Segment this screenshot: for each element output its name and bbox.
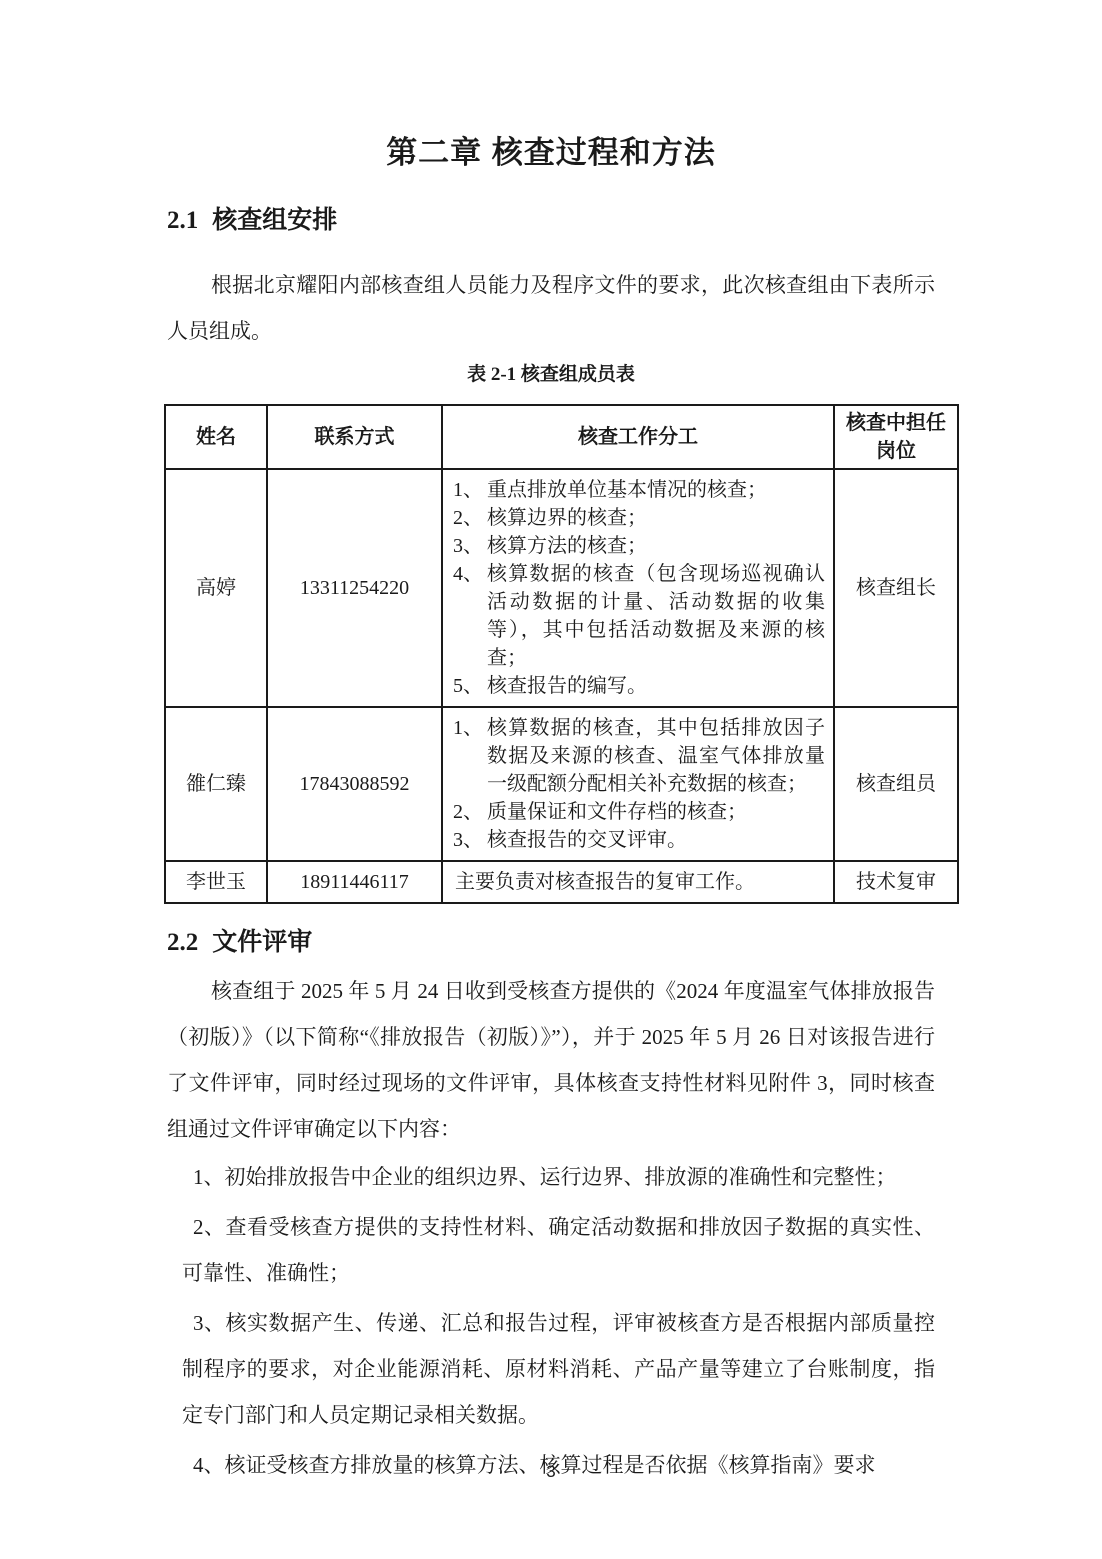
member-row: 雒仁臻178430885921、核算数据的核查，其中包括排放因子数据及来源的核查… (165, 707, 958, 861)
document-page: 第二章 核查过程和方法 2.1核查组安排 根据北京耀阳内部核查组人员能力及程序文… (0, 0, 1102, 1488)
review-item-2: 2、查看受核查方提供的支持性材料、确定活动数据和排放因子数据的真实性、可靠性、准… (167, 1204, 935, 1296)
header-role: 核查中担任岗位 (834, 405, 958, 469)
duty-number: 4、 (453, 560, 487, 672)
duty-text: 核算边界的核查； (487, 504, 825, 532)
member-phone: 17843088592 (267, 707, 442, 861)
member-name: 雒仁臻 (165, 707, 267, 861)
duty-item: 1、重点排放单位基本情况的核查； (453, 476, 825, 504)
duty-number: 1、 (453, 714, 487, 798)
member-row: 李世玉18911446117主要负责对核查报告的复审工作。技术复审 (165, 861, 958, 903)
duty-number: 1、 (453, 476, 487, 504)
duty-text: 核查报告的交叉评审。 (487, 826, 825, 854)
header-name: 姓名 (165, 405, 267, 469)
duty-item: 5、核查报告的编写。 (453, 672, 825, 700)
section-2-2-title: 文件评审 (212, 929, 312, 956)
section-2-2-paragraph: 核查组于 2025 年 5 月 24 日收到受核查方提供的《2024 年度温室气… (167, 968, 935, 1152)
duty-text: 核查报告的编写。 (487, 672, 825, 700)
duty-number: 2、 (453, 798, 487, 826)
duty-number: 3、 (453, 826, 487, 854)
duty-item: 2、质量保证和文件存档的核查； (453, 798, 825, 826)
member-phone: 13311254220 (267, 469, 442, 707)
member-role: 核查组长 (834, 469, 958, 707)
duty-text: 主要负责对核查报告的复审工作。 (453, 868, 825, 896)
members-table: 姓名 联系方式 核查工作分工 核查中担任岗位 高婷133112542201、重点… (164, 404, 959, 904)
member-row: 高婷133112542201、重点排放单位基本情况的核查；2、核算边界的核查；3… (165, 469, 958, 707)
member-duties: 主要负责对核查报告的复审工作。 (442, 861, 834, 903)
table-caption: 表 2-1 核查组成员表 (167, 362, 935, 388)
member-role: 技术复审 (834, 861, 958, 903)
duty-item: 4、核算数据的核查（包含现场巡视确认活动数据的计量、活动数据的收集等），其中包括… (453, 560, 825, 672)
duty-text: 核算数据的核查（包含现场巡视确认活动数据的计量、活动数据的收集等），其中包括活动… (487, 560, 825, 672)
duty-item: 3、核算方法的核查； (453, 532, 825, 560)
duty-text: 质量保证和文件存档的核查； (487, 798, 825, 826)
review-item-1: 1、初始排放报告中企业的组织边界、运行边界、排放源的准确性和完整性； (167, 1154, 935, 1200)
duty-number: 5、 (453, 672, 487, 700)
header-duties: 核查工作分工 (442, 405, 834, 469)
table-header-row: 姓名 联系方式 核查工作分工 核查中担任岗位 (165, 405, 958, 469)
section-2-2-heading: 2.2文件评审 (167, 926, 935, 960)
duty-number: 3、 (453, 532, 487, 560)
review-item-3: 3、核实数据产生、传递、汇总和报告过程，评审被核查方是否根据内部质量控制程序的要… (167, 1300, 935, 1438)
section-2-2-number: 2.2 (167, 929, 198, 956)
header-phone: 联系方式 (267, 405, 442, 469)
section-2-1-paragraph: 根据北京耀阳内部核查组人员能力及程序文件的要求，此次核查组由下表所示人员组成。 (167, 262, 935, 354)
member-duties: 1、重点排放单位基本情况的核查；2、核算边界的核查；3、核算方法的核查；4、核算… (442, 469, 834, 707)
section-2-1-heading: 2.1核查组安排 (167, 204, 935, 238)
duty-text: 核算方法的核查； (487, 532, 825, 560)
member-phone: 18911446117 (267, 861, 442, 903)
duty-item: 1、核算数据的核查，其中包括排放因子数据及来源的核查、温室气体排放量一级配额分配… (453, 714, 825, 798)
duty-text: 核算数据的核查，其中包括排放因子数据及来源的核查、温室气体排放量一级配额分配相关… (487, 714, 825, 798)
duty-text: 重点排放单位基本情况的核查； (487, 476, 825, 504)
duty-item: 2、核算边界的核查； (453, 504, 825, 532)
duty-number: 2、 (453, 504, 487, 532)
duty-item: 3、核查报告的交叉评审。 (453, 826, 825, 854)
member-name: 高婷 (165, 469, 267, 707)
section-2-1-title: 核查组安排 (212, 207, 337, 234)
chapter-title: 第二章 核查过程和方法 (167, 130, 935, 176)
member-name: 李世玉 (165, 861, 267, 903)
member-role: 核查组员 (834, 707, 958, 861)
member-duties: 1、核算数据的核查，其中包括排放因子数据及来源的核查、温室气体排放量一级配额分配… (442, 707, 834, 861)
section-2-1-number: 2.1 (167, 207, 198, 234)
page-number: 3 (0, 1462, 1102, 1482)
